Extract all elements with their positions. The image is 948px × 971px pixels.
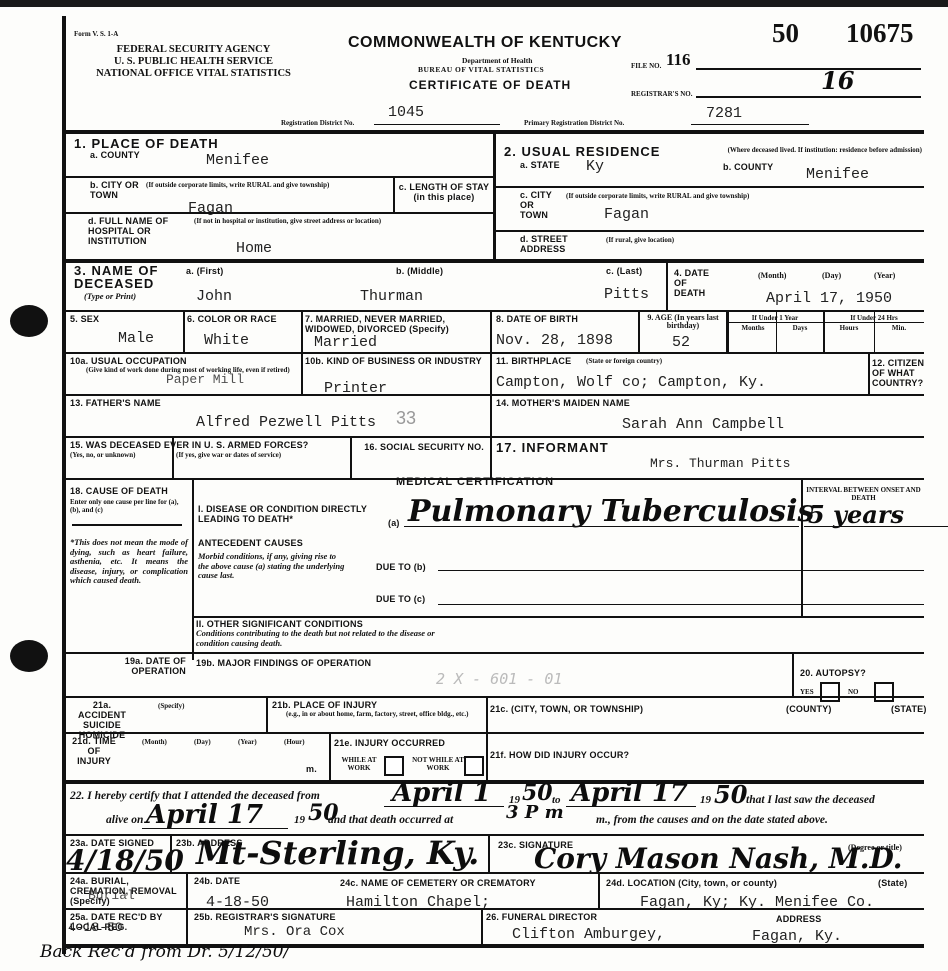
months-col: Months: [731, 324, 775, 332]
divider: [481, 908, 483, 944]
divider: [266, 696, 268, 732]
place-of-injury-note: (e.g., in or about home, farm, factory, …: [286, 710, 486, 718]
agency-line-3: NATIONAL OFFICE VITAL STATISTICS: [66, 68, 321, 80]
res-state-label: a. STATE: [520, 160, 560, 170]
location-label: 24d. LOCATION (City, town, or county): [606, 878, 777, 888]
res-county-label: b. COUNTY: [723, 162, 773, 172]
interval: 5 years: [808, 500, 904, 529]
date-of-death: April 17, 1950: [766, 290, 892, 307]
file-no-label: FILE NO.: [631, 62, 661, 70]
divider: [66, 908, 924, 910]
accident-specify: (Specify): [158, 702, 184, 710]
divider: [66, 212, 493, 214]
time-of-injury-label: 21d. TIME OF INJURY: [70, 736, 118, 766]
death-certificate: Form V. S. 1-A FEDERAL SECURITY AGENCY U…: [62, 16, 934, 954]
autopsy-no-label: NO: [848, 688, 859, 696]
divider: [66, 394, 924, 396]
punch-hole-top: [10, 305, 48, 337]
divider: [823, 312, 825, 352]
divider: [384, 806, 504, 807]
reg-district-line: [374, 124, 500, 125]
death-time: 3 P m: [506, 802, 564, 823]
registrar-signature-label: 25b. REGISTRAR'S SIGNATURE: [194, 912, 336, 922]
injury-city-label: 21c. (CITY, TOWN, OR TOWNSHIP): [490, 704, 643, 714]
divider: [66, 436, 924, 438]
divider: [438, 604, 924, 605]
length-of-stay-label: c. LENGTH OF STAY (in this place): [398, 182, 490, 202]
disposition: Burial: [88, 888, 135, 903]
fd-address-label: ADDRESS: [776, 914, 821, 924]
injury-occurred-label: 21e. INJURY OCCURRED: [334, 738, 445, 748]
cert-text-3: and that death occurred at: [328, 816, 453, 826]
first-name-label: a. (First): [186, 266, 224, 276]
due-to-c-label: DUE TO (c): [376, 594, 425, 604]
race-label: 6. COLOR OR RACE: [187, 314, 277, 324]
funeral-director: Clifton Amburgey,: [512, 926, 665, 943]
operation-date-label: 19a. DATE OF OPERATION: [70, 656, 186, 676]
alive-on-date: April 17: [146, 800, 263, 830]
usual-residence-heading: 2. USUAL RESIDENCE: [504, 144, 660, 159]
divider: [66, 176, 493, 178]
alive-on-label: alive on: [106, 816, 143, 826]
divider: [66, 872, 924, 874]
certifier-address: Mt-Sterling, Ky.: [196, 834, 479, 872]
file-no-line: [696, 68, 921, 70]
divider: [192, 616, 924, 618]
registrars-no: 16: [821, 66, 854, 95]
marital-label: 7. MARRIED, NEVER MARRIED, WIDOWED, DIVO…: [305, 314, 490, 334]
father-label: 13. FATHER'S NAME: [70, 398, 161, 408]
location-state-label: (State): [878, 878, 907, 888]
form-number: Form V. S. 1-A: [74, 30, 118, 38]
divider: [350, 436, 352, 478]
attended-from-date: April 1: [392, 778, 491, 808]
days-col: Days: [779, 324, 821, 332]
injury-county-label: (COUNTY): [786, 704, 832, 714]
dob-label: 8. DATE OF BIRTH: [496, 314, 578, 324]
primary-reg-district-line: [691, 124, 809, 125]
autopsy-yes-checkbox[interactable]: [820, 682, 840, 702]
due-to-b-label: DUE TO (b): [376, 562, 426, 572]
city-note: (If outside corporate limits, write RURA…: [146, 181, 386, 189]
stamp-number: 10675: [846, 18, 914, 49]
section-divider: [66, 259, 924, 263]
cemetery-label: 24c. NAME OF CEMETERY OR CREMATORY: [340, 878, 536, 888]
last-name-label: c. (Last): [606, 266, 642, 276]
date-of-birth: Nov. 28, 1898: [496, 332, 613, 349]
informant: Mrs. Thurman Pitts: [650, 456, 790, 471]
date-recd: 4-18-50: [68, 920, 123, 935]
place-of-injury-label: 21b. PLACE OF INJURY: [272, 700, 377, 710]
antecedent-note: Morbid conditions, if any, giving rise t…: [198, 552, 348, 581]
first-name: John: [196, 288, 232, 305]
res-city: Fagan: [604, 206, 649, 223]
while-at-work-label: WHILE AT WORK: [334, 756, 384, 772]
armed-forces-note-a: (Yes, no, or unknown): [70, 451, 135, 459]
age-under-grid: If Under 1 Year If Under 24 Hrs Months D…: [729, 312, 924, 352]
cause-footnote: *This does not mean the mode of dying, s…: [70, 538, 188, 586]
time-m-suffix: m.: [306, 764, 317, 774]
divider: [438, 570, 924, 571]
age-under-1yr: If Under 1 Year: [731, 314, 819, 322]
time-year: (Year): [238, 738, 257, 746]
registrar-signature: Mrs. Ora Cox: [244, 924, 345, 940]
usual-residence-note: (Where deceased lived. If institution: r…: [686, 146, 922, 154]
place-of-death-county: Menifee: [206, 152, 269, 169]
divider: [868, 352, 870, 394]
res-street-note: (If rural, give location): [606, 236, 674, 244]
cert-text-4: m., from the causes and on the date stat…: [596, 816, 828, 826]
injury-state-label: (STATE): [891, 704, 927, 714]
divider: [488, 834, 490, 872]
divider: [66, 352, 924, 354]
certificate-title: COMMONWEALTH OF KENTUCKY: [348, 34, 622, 52]
res-county: Menifee: [806, 166, 869, 183]
place-of-death-institution: Home: [236, 240, 272, 257]
date-of-death-label: 4. DATE OF DEATH: [674, 268, 714, 298]
divider: [66, 834, 924, 836]
autopsy-yes-label: YES: [800, 688, 814, 696]
armed-forces-note-b: (If yes, give war or dates of service): [176, 451, 281, 459]
city-label: b. CITY OR TOWN: [90, 180, 140, 200]
scan-top-edge: [0, 0, 948, 7]
occupation-label: 10a. USUAL OCCUPATION: [70, 356, 187, 366]
divider: [183, 310, 185, 352]
cause-a: Pulmonary Tuberculosis: [408, 494, 814, 529]
agency-line-1: FEDERAL SECURITY AGENCY: [66, 44, 321, 56]
institution-label: d. FULL NAME OF HOSPITAL OR INSTITUTION: [88, 216, 188, 246]
year-label: (Year): [874, 272, 895, 280]
not-while-at-work-label: NOT WHILE AT WORK: [406, 756, 470, 772]
divider: [729, 322, 924, 323]
fd-address: Fagan, Ky.: [752, 928, 842, 945]
birthplace-label: 11. BIRTHPLACE: [496, 356, 571, 366]
occupation: Paper Mill: [166, 372, 244, 387]
month-label: (Month): [758, 272, 786, 280]
cert-text-2: that I last saw the deceased: [746, 796, 875, 806]
section-divider: [66, 780, 924, 784]
type-note: (Type or Print): [84, 292, 136, 302]
institution-note: (If not in hospital or institution, give…: [194, 217, 484, 225]
middle-name: Thurman: [360, 288, 423, 305]
divider: [566, 806, 696, 807]
reg-district: 1045: [388, 104, 424, 121]
divider: [142, 828, 288, 829]
certificate-of-death: CERTIFICATE OF DEATH: [409, 78, 571, 92]
divider: [666, 259, 668, 310]
sex-label: 5. SEX: [70, 314, 99, 324]
funeral-director-label: 26. FUNERAL DIRECTOR: [486, 912, 597, 922]
divider: [598, 872, 600, 908]
operation-findings-label: 19b. MAJOR FINDINGS OF OPERATION: [196, 658, 371, 668]
birthplace-note: (State or foreign country): [586, 357, 662, 365]
place-of-death-city: Fagan: [188, 200, 233, 217]
mother-name: Sarah Ann Campbell: [622, 416, 784, 433]
disease-label: I. DISEASE OR CONDITION DIRECTLY LEADING…: [198, 504, 398, 524]
col-divider-1-2: [493, 130, 496, 260]
pencil-code: 2 X - 601 - 01: [436, 670, 562, 688]
divider: [192, 478, 194, 660]
other-conditions-note: Conditions contributing to the death but…: [196, 629, 456, 648]
divider: [404, 526, 799, 527]
divider: [792, 652, 794, 696]
time-month: (Month): [142, 738, 167, 746]
sex: Male: [118, 330, 154, 347]
ssn-label: 16. SOCIAL SECURITY NO.: [356, 442, 484, 452]
divider: [393, 176, 395, 212]
min-col: Min.: [877, 324, 921, 332]
res-street-label: d. STREET ADDRESS: [520, 234, 580, 254]
father-margin-mark: 33: [396, 408, 416, 429]
primary-reg-district: 7281: [706, 105, 742, 122]
time-hour: (Hour): [284, 738, 305, 746]
attended-to-year: 50: [714, 780, 747, 809]
last-name: Pitts: [604, 286, 649, 303]
attended-to-date: April 17: [571, 778, 688, 808]
registrars-no-label: REGISTRAR'S NO.: [631, 90, 692, 98]
divider: [804, 526, 948, 527]
cause-instruction: Enter only one cause per line for (a), (…: [70, 498, 190, 514]
agency-line-2: U. S. PUBLIC HEALTH SERVICE: [66, 56, 321, 68]
divider: [172, 436, 174, 478]
business-label: 10b. KIND OF BUSINESS OR INDUSTRY: [305, 356, 488, 366]
time-day: (Day): [194, 738, 211, 746]
footer-handwritten-note: Back Rec'd from Dr. 5/12/50/: [40, 942, 289, 962]
mother-label: 14. MOTHER'S MAIDEN NAME: [496, 398, 630, 408]
divider: [801, 478, 803, 618]
divider: [329, 732, 331, 780]
alive-year-prefix: 19: [294, 816, 305, 826]
primary-reg-district-label: Primary Registration District No.: [524, 119, 624, 127]
hours-col: Hours: [827, 324, 871, 332]
reg-district-label: Registration District No.: [281, 119, 354, 127]
divider: [638, 310, 640, 352]
divider: [170, 834, 172, 872]
registrars-no-line: [696, 96, 921, 98]
antecedent-label: ANTECEDENT CAUSES: [198, 538, 303, 548]
accident-label: 21a. ACCIDENT SUICIDE HOMICIDE: [70, 700, 134, 740]
divider: [486, 696, 488, 780]
punch-hole-bottom: [10, 640, 48, 672]
divider: [66, 732, 924, 734]
divider: [496, 230, 924, 232]
res-state: Ky: [586, 158, 604, 175]
medical-certification-title: MEDICAL CERTIFICATION: [396, 476, 554, 488]
file-no: 116: [666, 50, 691, 70]
citizen-label: 12. CITIZEN OF WHAT COUNTRY?: [872, 358, 932, 388]
deceased-heading: 3. NAME OF DECEASED: [74, 264, 184, 290]
birthplace: Campton, Wolf co; Campton, Ky.: [496, 374, 766, 391]
cause-heading: 18. CAUSE OF DEATH: [70, 486, 168, 496]
father-name: Alfred Pezwell Pitts: [196, 414, 376, 431]
line-a-marker: (a): [388, 518, 400, 528]
department: Department of Health: [462, 56, 532, 65]
age-label: 9. AGE (In years last birthday): [641, 314, 725, 330]
divider: [72, 524, 182, 526]
autopsy-no-checkbox[interactable]: [874, 682, 894, 702]
divider: [66, 696, 924, 698]
while-at-work-checkbox[interactable]: [384, 756, 404, 776]
res-city-note: (If outside corporate limits, write RURA…: [566, 192, 866, 200]
race: White: [204, 332, 249, 349]
how-injury-label: 21f. HOW DID INJURY OCCUR?: [490, 750, 629, 760]
marital-status: Married: [314, 334, 377, 351]
place-of-death-heading: 1. PLACE OF DEATH: [74, 136, 219, 151]
middle-name-label: b. (Middle): [396, 266, 443, 276]
agency-block: FEDERAL SECURITY AGENCY U. S. PUBLIC HEA…: [66, 44, 321, 80]
physician-signature: Cory Mason Nash, M.D.: [534, 842, 903, 875]
divider: [874, 312, 875, 352]
not-while-at-work-checkbox[interactable]: [464, 756, 484, 776]
day-label: (Day): [822, 272, 841, 280]
age: 52: [672, 334, 690, 351]
informant-label: 17. INFORMANT: [496, 440, 609, 455]
divider: [776, 312, 777, 352]
stamp-year: 50: [772, 18, 799, 49]
county-label: a. COUNTY: [90, 150, 140, 160]
divider: [66, 652, 924, 654]
to-year-prefix: 19: [700, 796, 711, 806]
divider: [496, 186, 924, 188]
bureau: BUREAU OF VITAL STATISTICS: [418, 65, 544, 74]
armed-forces-label: 15. WAS DECEASED EVER IN U. S. ARMED FOR…: [70, 440, 340, 450]
burial-date-label: 24b. DATE: [194, 876, 240, 886]
autopsy-label: 20. AUTOPSY?: [800, 668, 866, 678]
res-city-label: c. CITY OR TOWN: [520, 190, 560, 220]
